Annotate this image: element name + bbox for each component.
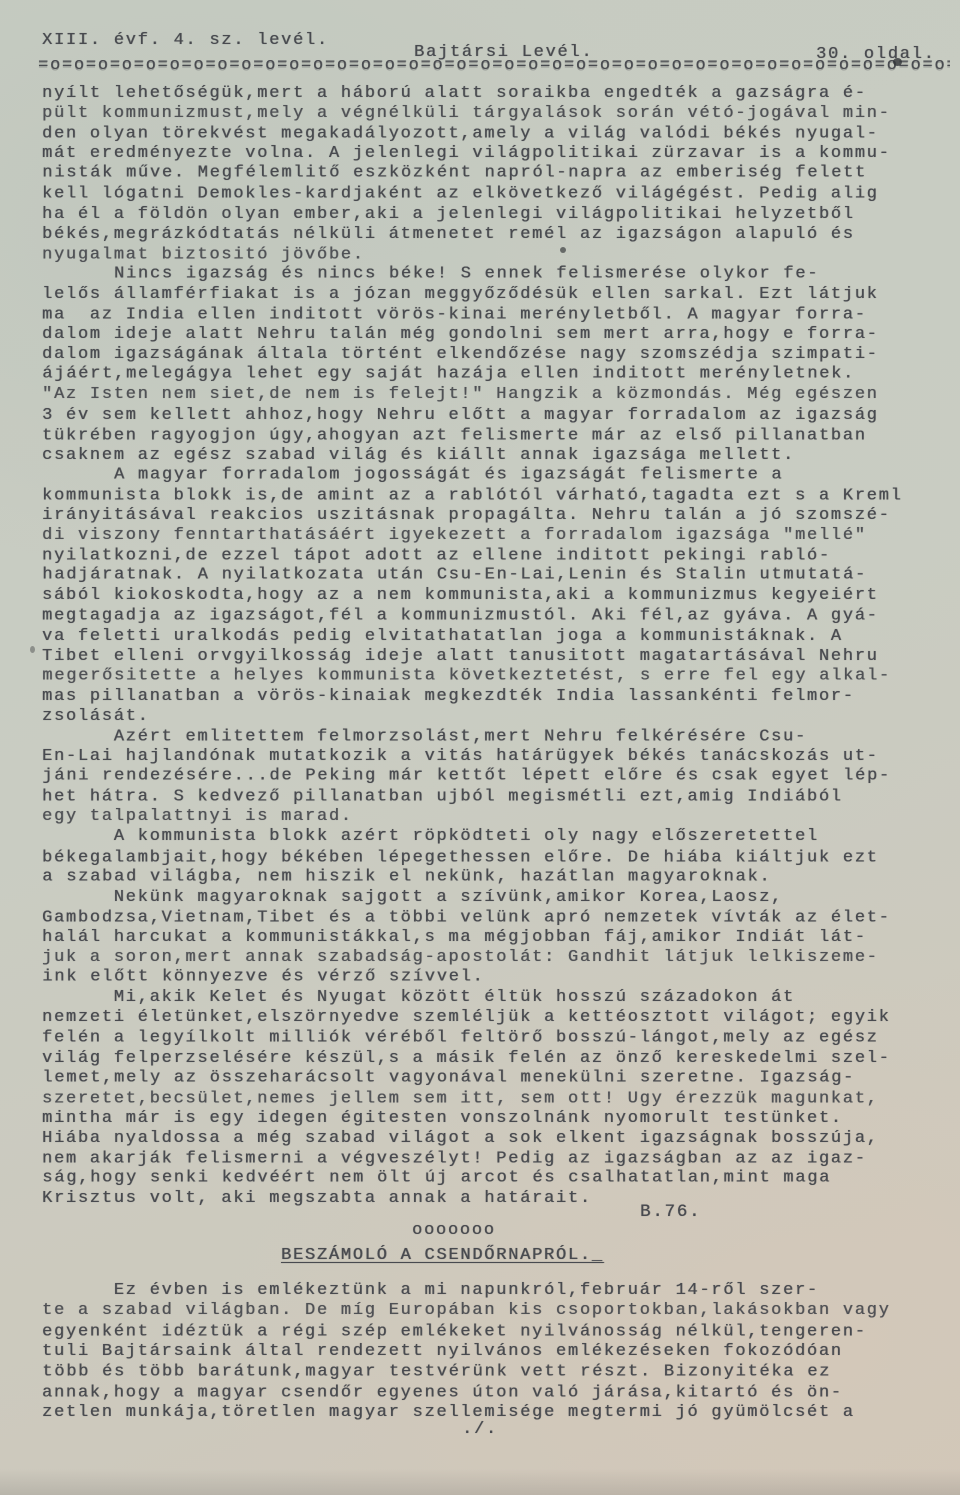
ink-blot xyxy=(30,646,35,653)
text-line: Nekünk magyaroknak sajgott a szívünk,ami… xyxy=(42,888,954,908)
text-line: lemet,mely az összeharácsolt vagyonával … xyxy=(42,1068,954,1088)
header-page-number: 30. oldal. xyxy=(816,45,936,64)
text-line: Hiába nyaldossa a még szabad világot a s… xyxy=(42,1129,954,1149)
page-continuation-mark: ./. xyxy=(462,1420,498,1439)
author-signature: B.76. xyxy=(640,1202,701,1222)
text-line: mas pillanatban a vörös-kinaiak megkezdt… xyxy=(42,687,954,707)
text-line: nyilatkozni,de ezzel tápot adott az elle… xyxy=(42,547,954,567)
text-line: ájáért,melegágya lehet egy saját hazája … xyxy=(42,365,954,385)
text-line: zetlen munkája,töretlen magyar szellemis… xyxy=(42,1403,954,1423)
text-line: annak,hogy a magyar csendőr egyenes úton… xyxy=(42,1383,954,1403)
text-line: nyílt lehetőségük,mert a háború alatt so… xyxy=(42,84,954,104)
text-line: ma az India ellen inditott vörös-kinai m… xyxy=(42,305,954,325)
text-line: pült kommunizmust,mely a végnélküli tárg… xyxy=(42,104,954,124)
header-title: Bajtársi Levél. xyxy=(414,43,593,62)
header-issue-label: XIII. évf. 4. sz. levél. xyxy=(42,31,329,50)
text-line: nem akarják felismerni a végveszélyt! Pe… xyxy=(42,1149,954,1169)
text-line: A magyar forradalom jogosságát és igazsá… xyxy=(42,465,954,485)
text-line: mintha már is egy idegen égitesten vonsz… xyxy=(42,1109,954,1129)
text-line: Nincs igazság és nincs béke! S ennek fel… xyxy=(42,264,954,284)
text-line: világ felperzselésére készül,s a másik f… xyxy=(42,1049,954,1069)
text-line: zsolását. xyxy=(42,707,954,727)
text-line: En-Lai hajlandónak mutatkozik a vitás ha… xyxy=(42,747,954,767)
text-line: 3 év sem kellett ahhoz,hogy Nehru előtt … xyxy=(42,406,954,426)
text-line: Ez évben is emlékeztünk a mi napunkról,f… xyxy=(42,1281,954,1301)
text-line: "Az Isten nem siet,de nem is felejt!" Ha… xyxy=(42,385,954,405)
section-title: BESZÁMOLÓ A CSENDŐRNAPRÓL._ xyxy=(281,1246,604,1265)
text-line: mát eredményezte volna. A jelenlegi vilá… xyxy=(42,144,954,164)
text-line: több és több barátunk,magyar testvérünk … xyxy=(42,1362,954,1382)
text-line: egyenként idéztük a régi szép emlékeket … xyxy=(42,1322,954,1342)
text-line: tükrében ragyogjon úgy,ahogyan azt felis… xyxy=(42,426,954,446)
scanned-document-page: =o=o=o=o=o=o=o=o=o=o=o=o=o=o=o=o=o=o=o=o… xyxy=(0,0,960,1495)
text-line: jáni rendezésére...de Peking már kettőt … xyxy=(42,767,954,787)
text-line: Mi,akik Kelet és Nyugat között éltük hos… xyxy=(42,988,954,1008)
text-line: ink előtt könnyezve és vérző szívvel. xyxy=(42,968,954,988)
text-line: het hátra. S kedvező pillanatban ujból m… xyxy=(42,788,954,808)
text-line: ság,hogy senki kedvéért nem ölt új arcot… xyxy=(42,1169,954,1189)
text-line: Tibet elleni orvgyilkosság ideje alatt t… xyxy=(42,647,954,667)
text-line: a szabad világba, nem hiszik el nekünk, … xyxy=(42,867,954,887)
text-line: Gambodzsa,Vietnam,Tibet és a többi velün… xyxy=(42,908,954,928)
text-line: csaknem az egész szabad világ és kiállt … xyxy=(42,446,954,466)
text-line: lelős államférfiakat is a józan meggyőző… xyxy=(42,285,954,305)
text-line: va feletti uralkodás pedig elvitathatatl… xyxy=(42,627,954,647)
text-line: egy talpalattnyi is marad. xyxy=(42,807,954,827)
text-line: nyugalmat biztositó jövőbe. xyxy=(42,245,954,265)
text-line: hadjáratnak. A nyilatkozata után Csu-En-… xyxy=(42,566,954,586)
text-line: Azért emlitettem felmorzsolást,mert Nehr… xyxy=(42,727,954,747)
text-line: te a szabad világban. De míg Europában k… xyxy=(42,1301,954,1321)
section-divider: ooooooo xyxy=(412,1221,496,1240)
text-line: kommunista blokk is,de amint az a rablót… xyxy=(42,486,954,506)
text-line: megerősitette a helyes kommunista követk… xyxy=(42,666,954,686)
text-line: megtagadja az igazságot,fél a kommunizmu… xyxy=(42,607,954,627)
text-line: sából kiokoskodta,hogy az a nem kommunis… xyxy=(42,586,954,606)
text-line: dalom ideje alatt Nehru talán még gondol… xyxy=(42,325,954,345)
text-line: nemzeti életünket,elszörnyedve szemléljü… xyxy=(42,1008,954,1028)
section-body-text: Ez évben is emlékeztünk a mi napunkról,f… xyxy=(42,1281,954,1424)
text-line: nisták műve. Megfélemlitő eszközként nap… xyxy=(42,164,954,184)
text-line: békegalambjait,hogy békében lépegethesse… xyxy=(42,848,954,868)
text-line: Krisztus volt, aki megszabta annak a hat… xyxy=(42,1189,954,1209)
text-line: A kommunista blokk azért röpködteti oly … xyxy=(42,827,954,847)
text-line: békés,megrázkódtatás nélküli átmenetet r… xyxy=(42,225,954,245)
text-line: halál harcukat a kommunistákkal,s ma még… xyxy=(42,928,954,948)
text-line: ha él a földön olyan ember,aki a jelenle… xyxy=(42,205,954,225)
text-line: den olyan törekvést megakadályozott,amel… xyxy=(42,125,954,145)
text-line: felén a legyílkolt milliók véréből feltö… xyxy=(42,1029,954,1049)
text-line: szeretet,becsület,nemes jellem sem itt, … xyxy=(42,1089,954,1109)
text-line: irányitásával reakcios uszitásnak propag… xyxy=(42,506,954,526)
text-line: di viszony fenntarthatásáért igyekezett … xyxy=(42,526,954,546)
text-line: tuli Bajtársaink által rendezett nyilván… xyxy=(42,1342,954,1362)
text-line: kell lógatni Demokles-kardjaként az elkö… xyxy=(42,185,954,205)
text-line: dalom igazságának általa történt elkendő… xyxy=(42,345,954,365)
document-body-text: nyílt lehetőségük,mert a háború alatt so… xyxy=(42,84,954,1209)
text-line: juk a soron,mert annak szabadság-apostol… xyxy=(42,948,954,968)
